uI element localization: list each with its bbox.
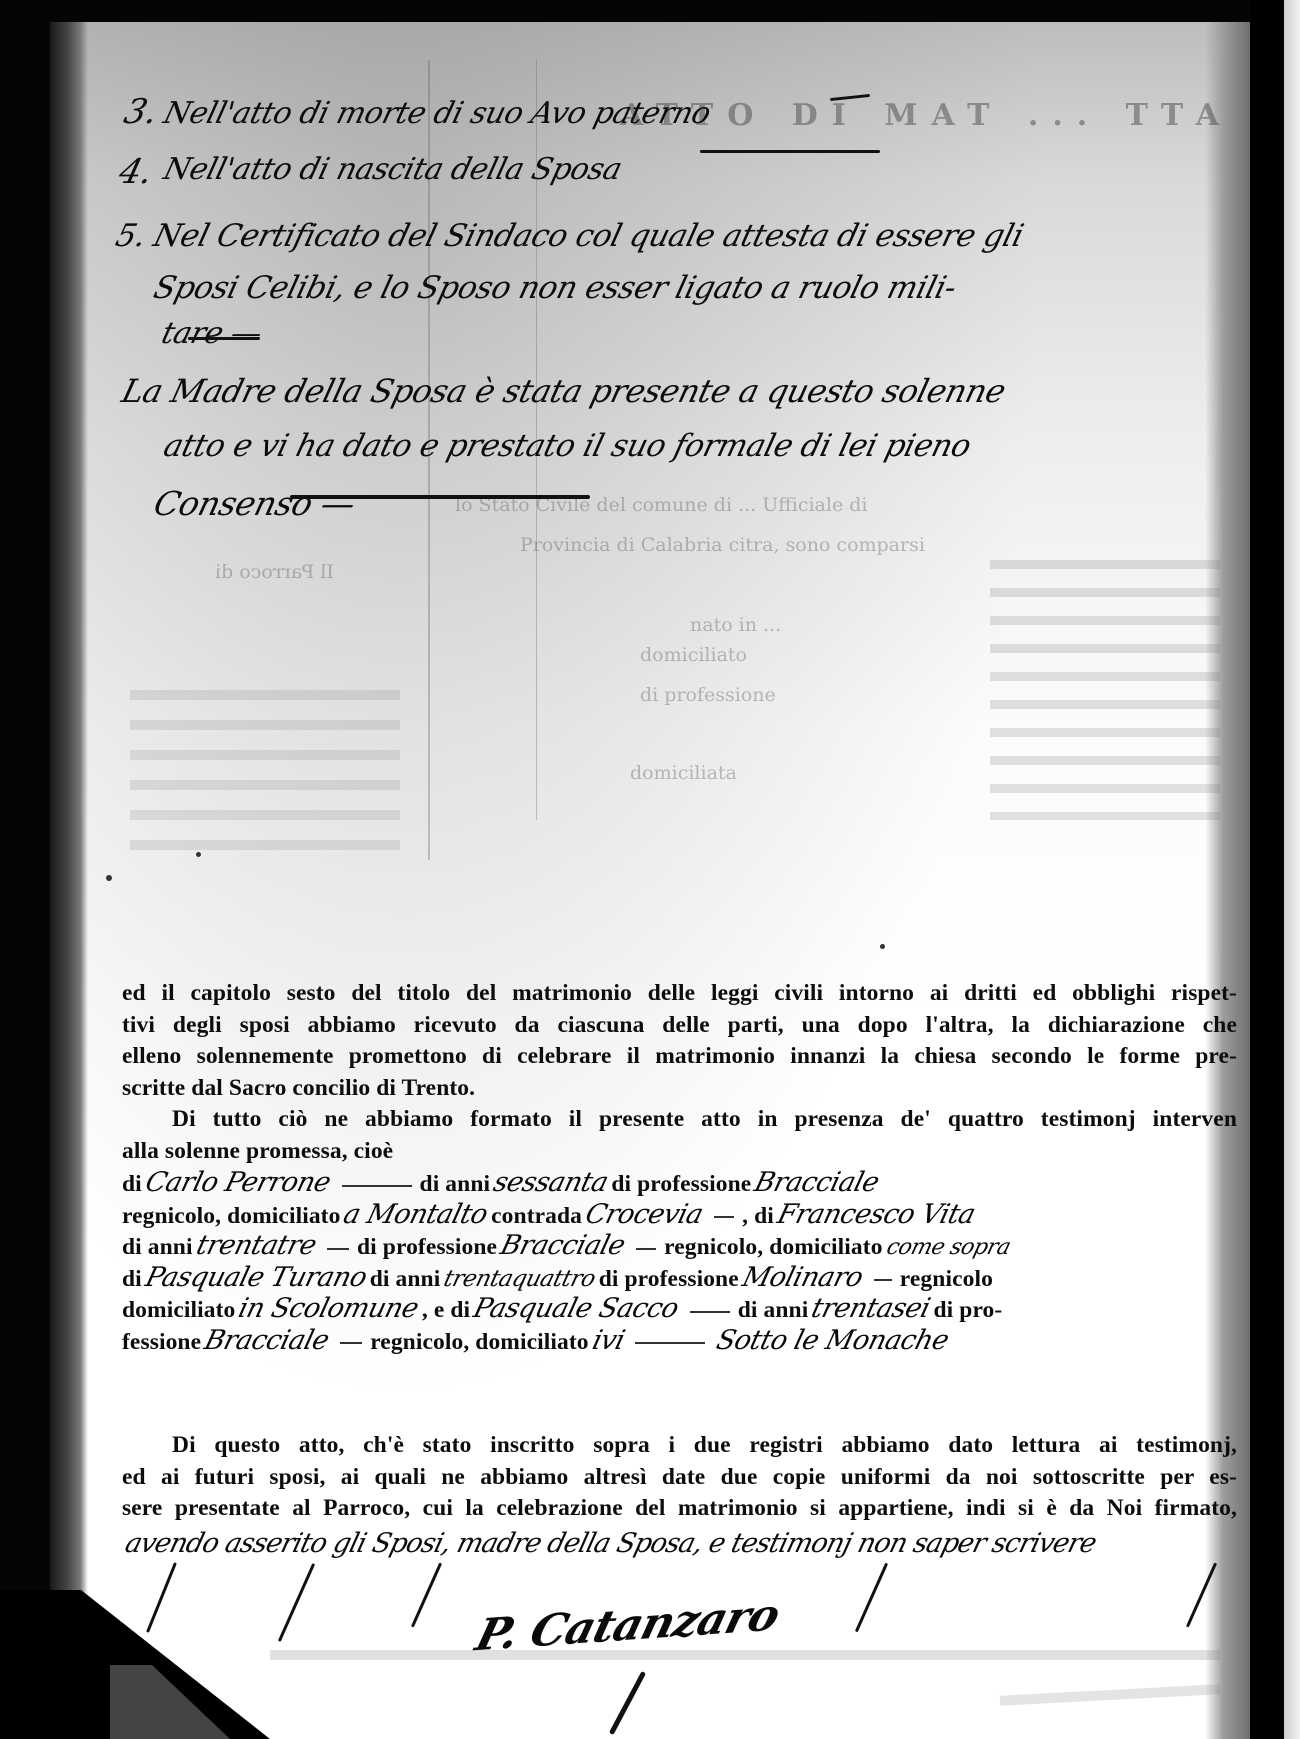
bleedthrough-text: Il Parroco di: [215, 557, 334, 587]
bleedthrough-text: [270, 1650, 1220, 1660]
label: , e di: [422, 1297, 470, 1323]
closing-handwritten-note: avendo asserito gli Sposi, madre della S…: [122, 1528, 1099, 1559]
dash: [327, 1248, 349, 1250]
annotation-note-line1: La Madre della Sposa è stata presente a …: [118, 372, 1009, 410]
witness-1-domicile: a Montalto: [341, 1199, 492, 1231]
witness-3-age: trentaquattro: [440, 1264, 598, 1296]
annotation-item-5-line1: 5. Nel Certificato del Sindaco col quale…: [112, 218, 1027, 254]
annotation-dash: [700, 150, 880, 153]
dash: [714, 1216, 734, 1218]
printed-paragraph-1: ed il capitolo sesto del titolo del matr…: [122, 978, 1237, 1104]
printed-line: Di tutto ciò ne abbiamo formato il prese…: [122, 1104, 1237, 1136]
label: di: [122, 1171, 142, 1197]
witness-line-2: regnicolo, domiciliatoa Montaltocontrada…: [122, 1199, 1237, 1231]
label: di pro-: [934, 1297, 1003, 1323]
witness-line-1: diCarlo Perronedi annisessantadi profess…: [122, 1167, 1237, 1199]
bleedthrough-text: nato in ...: [690, 610, 781, 640]
dash: [874, 1279, 892, 1281]
printed-line: ed il capitolo sesto del titolo del matr…: [122, 978, 1237, 1010]
witness-4-name: Pasquale Sacco: [470, 1293, 681, 1325]
label: contrada: [491, 1203, 582, 1229]
annotation-text: Nell'atto di nascita della Sposa: [160, 152, 625, 187]
witness-3-name: Pasquale Turano: [142, 1262, 370, 1294]
witness-4-age: trentasei: [808, 1293, 933, 1325]
dash: [690, 1311, 730, 1313]
document-scan: ATTO DI MAT ... TTA lo Stato Civile del …: [0, 0, 1300, 1739]
witness-line-5: domiciliatoin Scolomune, e diPasquale Sa…: [122, 1293, 1237, 1325]
bleedthrough-text: [130, 690, 400, 860]
dash: [636, 1248, 656, 1250]
bleedthrough-text: domiciliata: [630, 758, 737, 788]
annotation-item-5-line2: Sposi Celibi, e lo Sposo non esser ligat…: [150, 270, 960, 306]
printed-paragraph-3: Di questo atto, ch'è stato inscritto sop…: [122, 1430, 1237, 1525]
dash: [342, 1185, 412, 1187]
witness-4-extra: Sotto le Monache: [713, 1325, 952, 1357]
right-binding-gap: [1250, 0, 1284, 1739]
label: di professione: [357, 1234, 497, 1260]
bleedthrough-text: [990, 560, 1220, 820]
annotation-item-5-line3: tare —: [158, 316, 265, 351]
dash: [635, 1342, 705, 1344]
printed-line: alla solenne promessa, cioè: [122, 1136, 1237, 1168]
witness-2-age: trentatre: [193, 1230, 319, 1262]
label: regnicolo: [900, 1266, 993, 1292]
witness-2-profession: Bracciale: [497, 1230, 628, 1262]
witness-line-4: diPasquale Turanodi annitrentaquattrodi …: [122, 1262, 1237, 1294]
annotation-dash: [290, 495, 590, 499]
annotation-note-line3: Consenso —: [150, 484, 359, 523]
label: di anni: [370, 1266, 441, 1292]
witness-3-profession: Molinaro: [739, 1262, 866, 1294]
dash: [340, 1342, 362, 1344]
left-binding-shadow: [50, 22, 88, 1739]
bleedthrough-text: domiciliato: [640, 640, 747, 670]
printed-line: sere presentate al Parroco, cui la celeb…: [122, 1493, 1237, 1525]
witness-3-domicile: in Scolomune: [235, 1293, 421, 1325]
annotation-dash: [188, 337, 260, 340]
adjacent-page-edge: [1284, 0, 1300, 1739]
ink-speck: [196, 852, 201, 857]
annotation-note-line2: atto e vi ha dato e prestato il suo form…: [160, 428, 974, 464]
label: , di: [742, 1203, 774, 1229]
witness-1-age: sessanta: [490, 1167, 611, 1199]
witness-1-name: Carlo Perrone: [142, 1167, 334, 1199]
label: regnicolo, domiciliato: [122, 1203, 340, 1229]
printed-line: elleno solennemente promettono di celebr…: [122, 1041, 1237, 1073]
printed-line: scritte dal Sacro concilio di Trento.: [122, 1073, 1237, 1105]
label: domiciliato: [122, 1297, 235, 1323]
label: di anni: [122, 1234, 193, 1260]
ink-speck: [106, 875, 112, 881]
witness-4-profession: Bracciale: [201, 1325, 332, 1357]
label: di: [122, 1266, 142, 1292]
printed-paragraph-2: Di tutto ciò ne abbiamo formato il prese…: [122, 1104, 1237, 1356]
witness-4-domicile: ivi: [589, 1325, 628, 1357]
ink-speck: [880, 944, 885, 949]
bleedthrough-text: Provincia di Calabria citra, sono compar…: [520, 530, 925, 560]
annotation-text: Nell'atto di morte di suo Avo paterno: [160, 96, 714, 131]
label: regnicolo, domiciliato: [370, 1329, 588, 1355]
annotation-item-3-text: Nell'atto di morte di suo Avo paterno: [160, 96, 714, 131]
label: fessione: [122, 1329, 201, 1355]
witness-1-contrada: Crocevia: [582, 1199, 706, 1231]
annotation-item-4-text: Nell'atto di nascita della Sposa: [160, 152, 625, 187]
printed-line: ed ai futuri sposi, ai quali ne abbiamo …: [122, 1462, 1237, 1494]
label: regnicolo, domiciliato: [664, 1234, 882, 1260]
bleedthrough-text: di professione: [640, 680, 776, 710]
label: di professione: [611, 1171, 751, 1197]
label: di professione: [599, 1266, 739, 1292]
witness-2-domicile: come sopra: [883, 1232, 1014, 1264]
printed-line: tivi degli sposi abbiamo ricevuto da cia…: [122, 1010, 1237, 1042]
label: di anni: [738, 1297, 809, 1323]
printed-line: Di questo atto, ch'è stato inscritto sop…: [122, 1430, 1237, 1462]
witness-line-3: di annitrentatredi professioneBraccialer…: [122, 1230, 1237, 1262]
witness-2-name: Francesco Vita: [774, 1199, 978, 1231]
witness-line-6: fessioneBraccialeregnicolo, domiciliatoi…: [122, 1325, 1237, 1357]
witness-1-profession: Bracciale: [751, 1167, 882, 1199]
label: di anni: [420, 1171, 491, 1197]
